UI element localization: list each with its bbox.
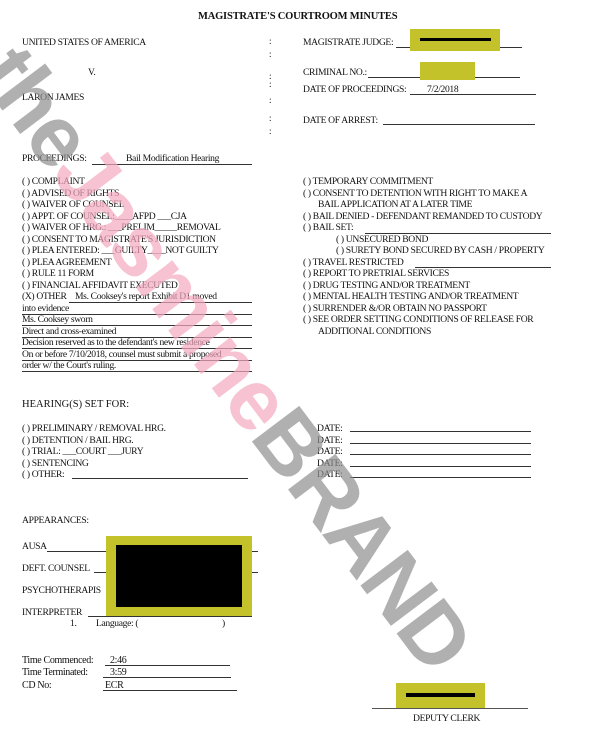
- travel-restricted-line: [415, 267, 551, 268]
- checklist-item-plea-agreement: ( ) PLEA AGREEMENT: [22, 257, 221, 269]
- checklist-item-pretrial-services: ( ) REPORT TO PRETRIAL SERVICES: [303, 268, 544, 280]
- other-note-line: order w/ the Court's ruling.: [22, 360, 116, 372]
- date-of-arrest-label: DATE OF ARREST:: [303, 115, 378, 127]
- other-note-line: into evidence: [22, 303, 69, 315]
- other-note-line: Ms. Cooksey's report Exhibit D1 moved: [75, 291, 217, 303]
- right-checklist: ( ) TEMPORARY COMMITMENT ( ) CONSENT TO …: [303, 176, 544, 337]
- time-terminated-label: Time Terminated:: [22, 667, 88, 679]
- watermark-part-brand: BRAND: [233, 391, 491, 689]
- caption-versus: V.: [88, 67, 95, 79]
- checklist-item-advised-of-rights: ( ) ADVISED OF RIGHTS: [22, 188, 221, 200]
- language-label: Language: (: [96, 618, 138, 630]
- hearing-date-label: DATE:: [317, 458, 342, 470]
- checklist-item-temporary-commitment: ( ) TEMPORARY COMMITMENT: [303, 176, 544, 188]
- checklist-item-consent-detention: ( ) CONSENT TO DETENTION WITH RIGHT TO M…: [303, 188, 544, 200]
- caption-defendant: LARON JAMES: [22, 92, 84, 104]
- other-note-line: Decision reserved as to the defendant's …: [22, 337, 210, 349]
- hearing-date-label: DATE:: [317, 435, 342, 447]
- deputy-clerk-label: DEPUTY CLERK: [413, 713, 480, 725]
- date-of-proceedings-label: DATE OF PROCEEDINGS:: [303, 84, 406, 96]
- checklist-item-rule-11: ( ) RULE 11 FORM: [22, 268, 221, 280]
- psychotherapist-label: PSYCHOTHERAPIS: [22, 585, 101, 597]
- hearing-item-detention: ( ) DETENTION / BAIL HRG.: [22, 435, 166, 447]
- interpreter-line: [88, 616, 252, 617]
- checklist-item-mental-health: ( ) MENTAL HEALTH TESTING AND/OR TREATME…: [303, 291, 544, 303]
- checklist-item-surrender-passport: ( ) SURRENDER &/OR OBTAIN NO PASSPORT: [303, 303, 544, 315]
- checklist-item-unsecured-bond: ( ) UNSECURED BOND: [303, 234, 544, 246]
- checklist-item-surety-bond: ( ) SURETY BOND SECURED BY CASH / PROPER…: [303, 245, 544, 257]
- appearances-redaction-fill: [116, 545, 242, 607]
- other-label: (X) OTHER: [22, 291, 67, 303]
- checklist-item-financial-affidavit: ( ) FINANCIAL AFFIDAVIT EXECUTED: [22, 280, 221, 292]
- hearings-heading: HEARING(S) SET FOR:: [22, 399, 129, 411]
- checklist-item-consent-detention-cont: BAIL APPLICATION AT A LATER TIME: [303, 199, 544, 211]
- hearings-list: ( ) PRELIMINARY / REMOVAL HRG. ( ) DETEN…: [22, 423, 166, 481]
- checklist-item-plea-entered: ( ) PLEA ENTERED: ___GUILTY____NOT GUILT…: [22, 245, 221, 257]
- checklist-item-consent-magistrate: ( ) CONSENT TO MAGISTRATE'S JURISDICTION: [22, 234, 221, 246]
- hearing-item-sentencing: ( ) SENTENCING: [22, 458, 166, 470]
- hearing-date-label: DATE:: [317, 446, 342, 458]
- checklist-item-see-order-cont: ADDITIONAL CONDITIONS: [303, 326, 544, 338]
- date-of-proceedings-value: 7/2/2018: [427, 84, 458, 96]
- ausa-label: AUSA: [22, 541, 47, 553]
- hearing-dates: DATE: DATE: DATE: DATE: DATE:: [317, 423, 342, 481]
- criminal-no-redaction: [420, 62, 475, 80]
- document-title: MAGISTRATE'S COURTROOM MINUTES: [198, 11, 397, 22]
- hearing-other-line: [72, 478, 248, 479]
- hearing-item-trial: ( ) TRIAL: ___COURT ___JURY: [22, 446, 166, 458]
- hearing-date-label: DATE:: [317, 423, 342, 435]
- checklist-item-complaint: ( ) COMPLAINT: [22, 176, 221, 188]
- hearing-item-preliminary: ( ) PRELIMINARY / REMOVAL HRG.: [22, 423, 166, 435]
- checklist-item-appt-of-counsel: ( ) APPT. OF COUNSEL:____AFPD ___CJA: [22, 211, 221, 223]
- magistrate-judge-label: MAGISTRATE JUDGE:: [303, 37, 393, 49]
- proceedings-value: Bail Modification Hearing: [126, 153, 219, 165]
- checklist-item-drug-testing: ( ) DRUG TESTING AND/OR TREATMENT: [303, 280, 544, 292]
- checklist-item-bail-set: ( ) BAIL SET:: [303, 222, 544, 234]
- other-note-line: Direct and cross-examined: [22, 326, 116, 338]
- cd-no-value: ECR: [105, 680, 123, 692]
- deputy-clerk-redaction-bar: [406, 693, 475, 697]
- checklist-item-waiver-of-hrg: ( ) WAIVER OF HRG.: ___PRELIM_____REMOVA…: [22, 222, 221, 234]
- other-note-line: Ms. Cooksey sworn: [22, 314, 93, 326]
- magistrate-judge-redaction-bar: [420, 38, 491, 41]
- bail-set-line: [365, 233, 551, 234]
- checklist-item-waiver-of-counsel: ( ) WAIVER OF COUNSEL: [22, 199, 221, 211]
- left-checklist: ( ) COMPLAINT ( ) ADVISED OF RIGHTS ( ) …: [22, 176, 221, 291]
- cd-no-label: CD No:: [22, 680, 51, 692]
- proceedings-label: PROCEEDINGS:: [22, 153, 87, 165]
- time-commenced-label: Time Commenced:: [22, 655, 93, 667]
- appearances-heading: APPEARANCES:: [22, 515, 89, 527]
- deputy-clerk-signature-line: [372, 708, 528, 709]
- interpreter-label: INTERPRETER: [22, 607, 82, 619]
- hearing-date-label: DATE:: [317, 469, 342, 481]
- time-commenced-value: 2:46: [110, 655, 126, 667]
- language-close: ): [222, 618, 225, 630]
- checklist-item-see-order: ( ) SEE ORDER SETTING CONDITIONS OF RELE…: [303, 314, 544, 326]
- deft-counsel-label: DEFT. COUNSEL: [22, 563, 90, 575]
- criminal-no-label: CRIMINAL NO.:: [303, 67, 367, 79]
- language-number: 1.: [70, 618, 77, 630]
- checklist-item-bail-denied: ( ) BAIL DENIED - DEFENDANT REMANDED TO …: [303, 211, 544, 223]
- time-terminated-value: 3:59: [110, 667, 126, 679]
- other-note-line: On or before 7/10/2018, counsel must sub…: [22, 349, 221, 361]
- caption-plaintiff: UNITED STATES OF AMERICA: [22, 37, 146, 49]
- date-of-arrest-line: [383, 124, 535, 125]
